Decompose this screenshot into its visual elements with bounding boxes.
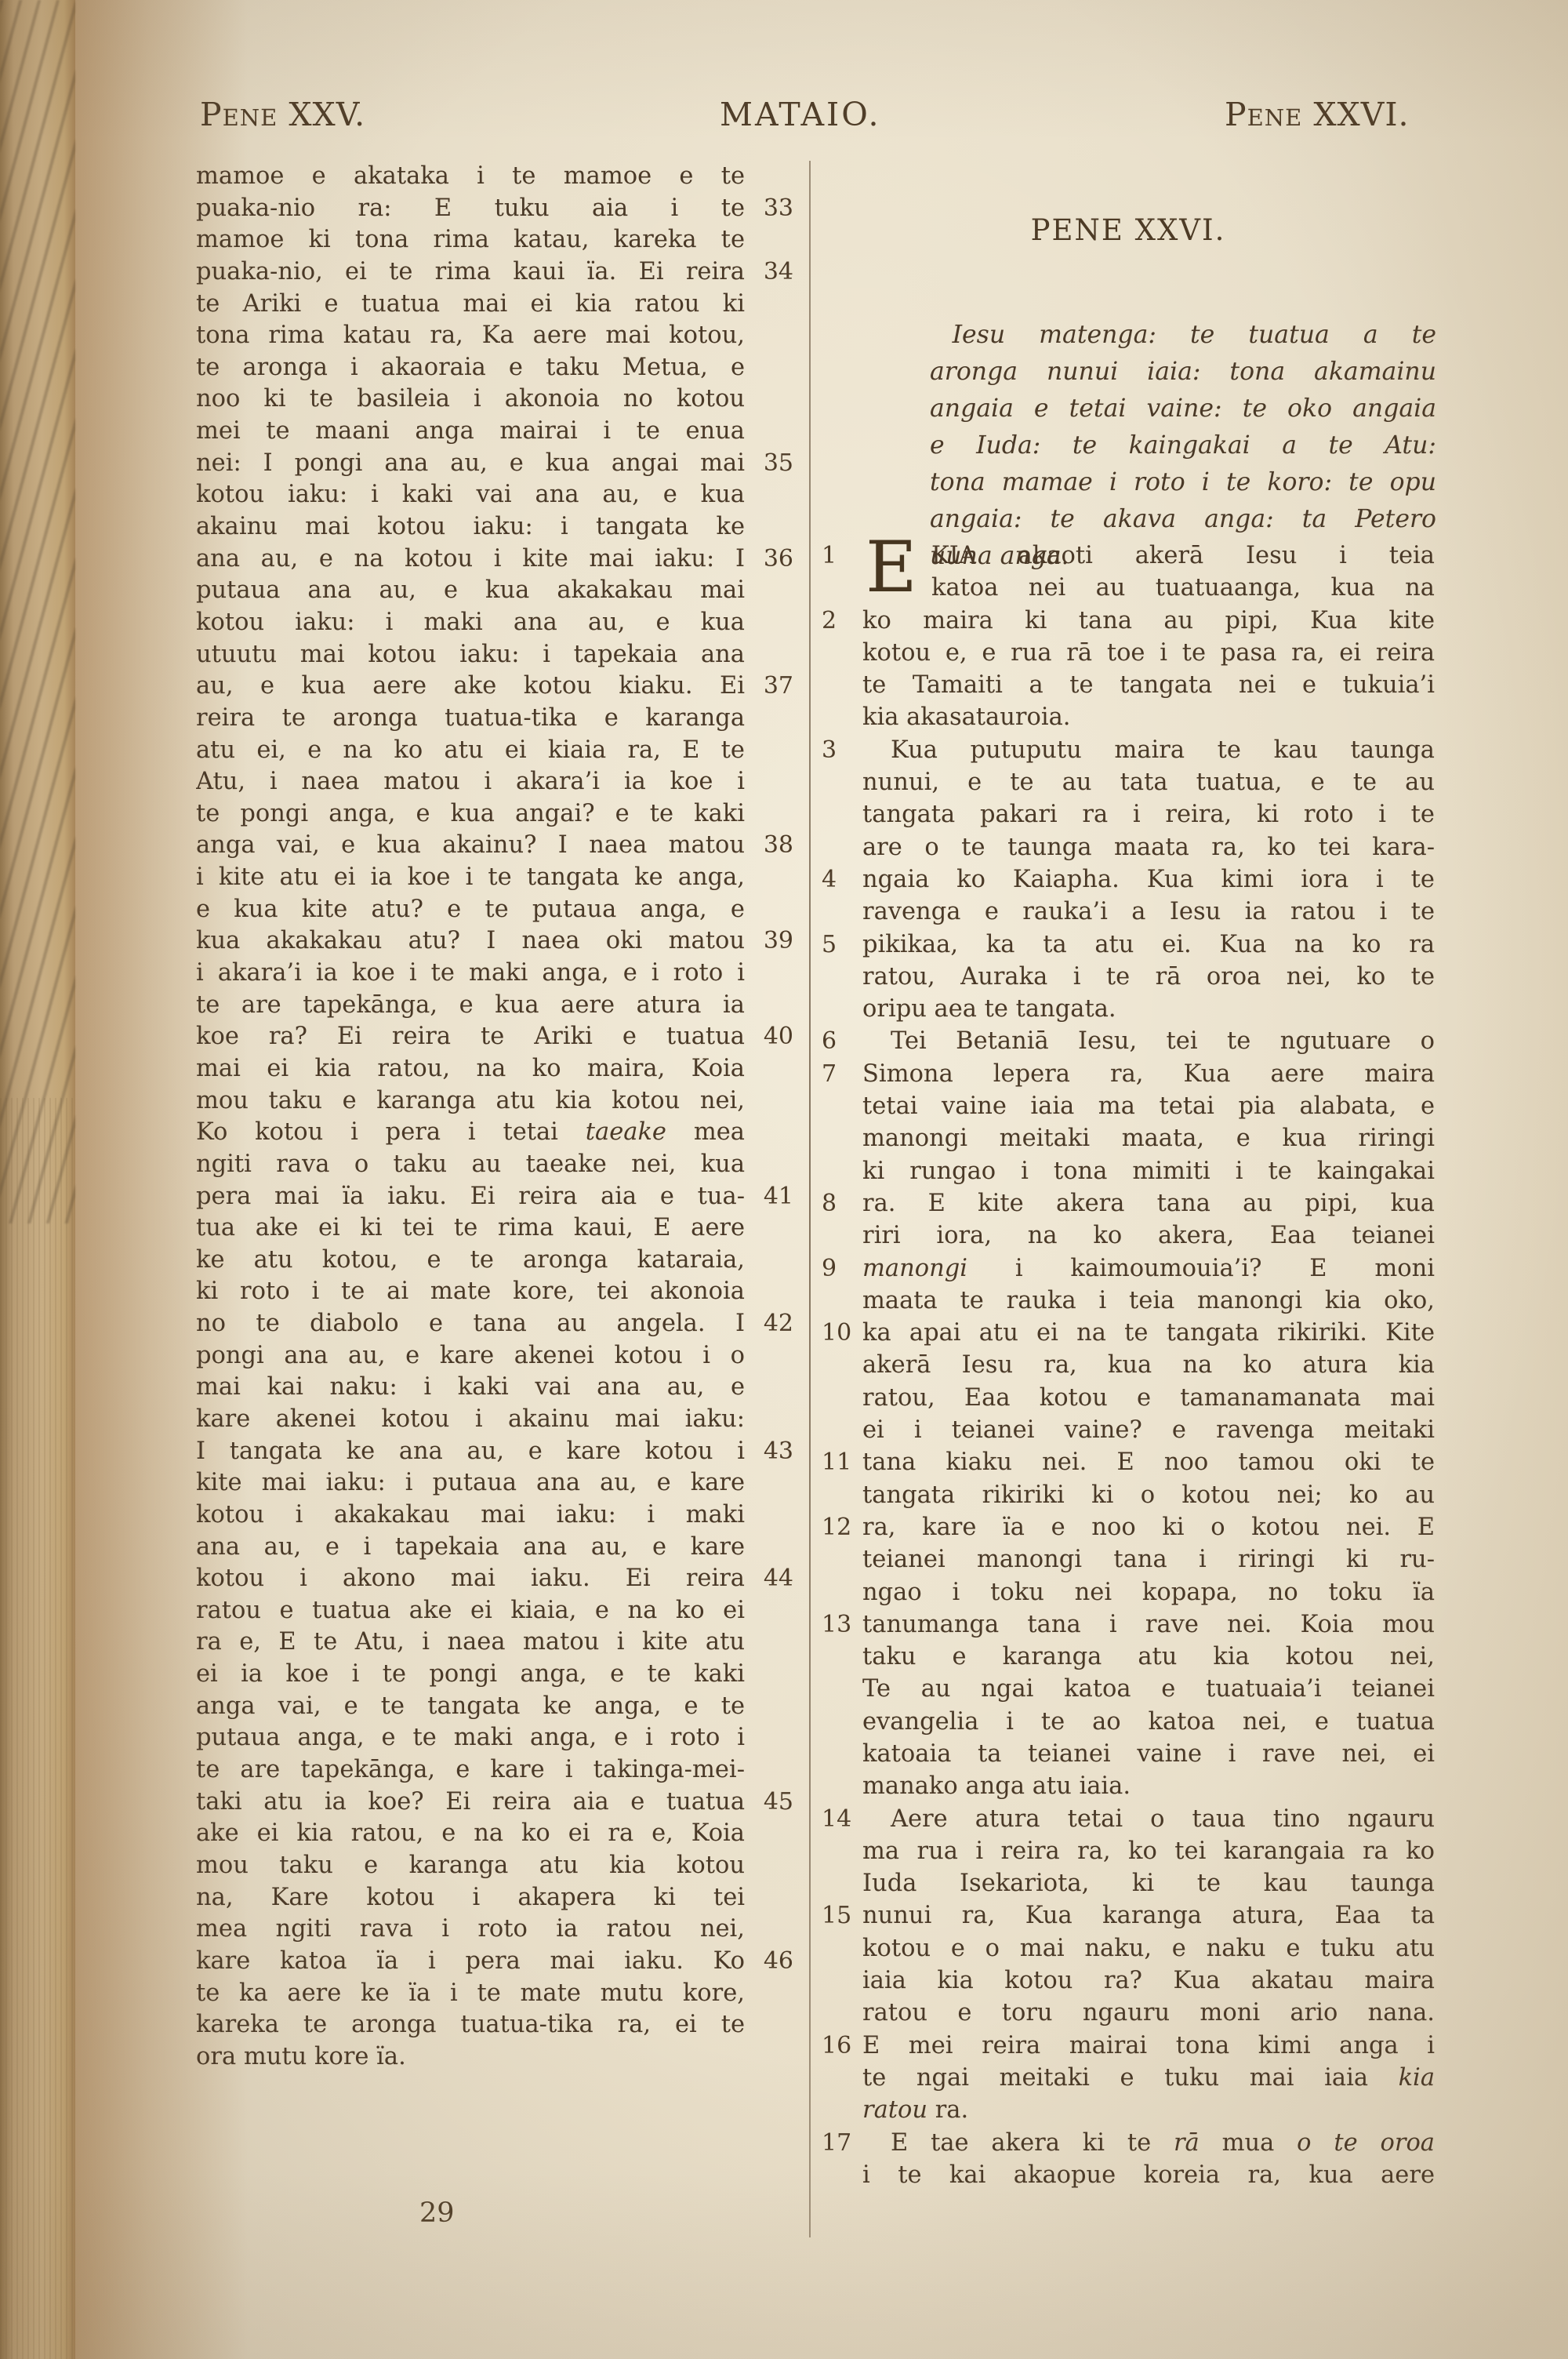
verse-number [745, 1659, 793, 1691]
verse-number: 35 [745, 448, 793, 480]
verse-number [745, 862, 793, 894]
line-text: ra e, E te Atu, i naea matou i kite atu [196, 1627, 745, 1659]
text-line: te Tamaiti a te tangata nei e tukuia’i [822, 669, 1435, 701]
line-text: mea ngiti rava i roto ia ratou nei, [196, 1914, 745, 1946]
text-line: ratou, Auraka i te rā oroa nei, ko te [822, 961, 1435, 993]
line-text: mou taku e karanga atu kia kotou [196, 1850, 745, 1882]
verse-number [822, 669, 862, 701]
text-line: kotou iaku: i kaki vai ana au, e kua [196, 479, 793, 511]
text-line: iaia kia kotou ra? Kua akatau maira [822, 1965, 1435, 1997]
page-edge-texture [0, 1098, 75, 2359]
chapter-heading: PENE XXVI. [822, 213, 1435, 247]
verse-number: 16 [822, 2030, 862, 2062]
text-line: ki rungao i tona mimiti i te kaingakai [822, 1155, 1435, 1187]
line-text: evangelia i te ao katoa nei, e tuatua [862, 1706, 1435, 1738]
text-line: Atu, i naea matou i akara’i ia koe i [196, 766, 793, 798]
line-text: mei te maani anga mairai i te enua [196, 416, 745, 448]
verse-number: 10 [822, 1317, 862, 1349]
verse-number [745, 766, 793, 798]
text-line: kare akenei kotou i akainu mai iaku: [196, 1404, 793, 1436]
line-text: tangata rikiriki ki o kotou nei; ko au [862, 1479, 1435, 1511]
text-line: mai ei kia ratou, na ko maira, Koia [196, 1053, 793, 1085]
verse-number: 33 [745, 193, 793, 225]
text-line: te ka aere ke ïa i te mate mutu kore, [196, 1978, 793, 2010]
line-text: puaka-nio ra: E tuku aia i te [196, 193, 745, 225]
text-line: mai kai naku: i kaki vai ana au, e [196, 1372, 793, 1404]
line-text: ke atu kotou, e te aronga kataraia, [196, 1245, 745, 1277]
line-text: kareka te aronga tuatua-tika ra, ei te [196, 2009, 745, 2041]
line-text: kia akasatauroia. [862, 701, 1435, 733]
line-text: kotou iaku: i kaki vai ana au, e kua [196, 479, 745, 511]
verse-number: 8 [822, 1187, 862, 1219]
right-text-column: E 1KIA akaoti akerā Iesu i teiakatoa nei… [822, 540, 1435, 2191]
line-text: manako anga atu iaia. [862, 1770, 1435, 1802]
line-text: akerā Iesu ra, kua na ko atura kia [862, 1349, 1435, 1381]
line-text: Iuda Isekariota, ki te kau taunga [862, 1867, 1435, 1899]
text-line: 10ka apai atu ei na te tangata rikiriki.… [822, 1317, 1435, 1349]
line-text: kite mai iaku: i putaua ana au, e kare [196, 1467, 745, 1499]
text-line: e kua kite atu? e te putaua anga, e [196, 894, 793, 926]
text-line: i kite atu ei ia koe i te tangata ke ang… [196, 862, 793, 894]
line-text: e kua kite atu? e te putaua anga, e [196, 894, 745, 926]
text-line: pongi ana au, e kare akenei kotou i o [196, 1340, 793, 1372]
line-text: ka apai atu ei na te tangata rikiriki. K… [862, 1317, 1435, 1349]
verse-number: 11 [822, 1446, 862, 1478]
line-text: Simona lepera ra, Kua aere maira [862, 1058, 1435, 1090]
line-text: mai kai naku: i kaki vai ana au, e [196, 1372, 745, 1404]
verse-number [822, 1382, 862, 1414]
line-text: utuutu mai kotou iaku: i tapekaia ana [196, 639, 745, 671]
line-text: riri iora, na ko akera, Eaa teianei [862, 1219, 1435, 1252]
line-text: tangata pakari ra i reira, ki roto i te [862, 798, 1435, 831]
line-text: te Tamaiti a te tangata nei e tukuia’i [862, 669, 1435, 701]
text-line: mou taku e karanga atu kia kotou nei, [196, 1085, 793, 1118]
summary-line: To Iesu matenga: te tuatua a te [930, 317, 1436, 354]
line-text: ake ei kia ratou, e na ko ei ra e, Koia [196, 1818, 745, 1850]
line-text: Kua putuputu maira te kau taunga [862, 734, 1435, 766]
verse-number [822, 896, 862, 928]
line-text: te are tapekānga, e kua aere atura ia [196, 990, 745, 1022]
line-text: anga vai, e kua akainu? I naea matou [196, 830, 745, 862]
verse-number [822, 831, 862, 863]
verse-number [822, 1770, 862, 1802]
verse-number [745, 1404, 793, 1436]
line-text: ngao i toku nei kopapa, no toku ïa [862, 1576, 1435, 1608]
text-line: 15nunui ra, Kua karanga atura, Eaa ta [822, 1899, 1435, 1932]
line-text: taki atu ia koe? Ei reira aia e tuatua [196, 1787, 745, 1819]
text-line: pera mai ïa iaku. Ei reira aia e tua-41 [196, 1181, 793, 1213]
verse-number [745, 735, 793, 767]
verse-number [822, 1090, 862, 1122]
verse-number: 34 [745, 256, 793, 289]
verse-number [822, 637, 862, 669]
text-line: riri iora, na ko akera, Eaa teianei [822, 1219, 1435, 1252]
text-line: ki roto i te ai mate kore, tei akonoia [196, 1276, 793, 1308]
verse-number: 41 [745, 1181, 793, 1213]
text-line: kotou iaku: i maki ana au, e kua [196, 607, 793, 639]
text-line: 17E tae akera ki te rā mua o te oroa [822, 2127, 1435, 2159]
line-text: pera mai ïa iaku. Ei reira aia e tua- [196, 1181, 745, 1213]
line-text: taku e karanga atu kia kotou nei, [862, 1641, 1435, 1673]
text-line: taku e karanga atu kia kotou nei, [822, 1641, 1435, 1673]
verse-number: 38 [745, 830, 793, 862]
verse-number: 46 [745, 1946, 793, 1978]
text-line: 12ra, kare ïa e noo ki o kotou nei. E [822, 1511, 1435, 1543]
verse-number [822, 1155, 862, 1187]
verse-number [745, 1276, 793, 1308]
line-text: putaua ana au, e kua akakakau mai [196, 575, 745, 607]
verse-number [745, 320, 793, 352]
line-text: na, Kare kotou i akapera ki tei [196, 1882, 745, 1914]
text-line: kotou i akono mai iaku. Ei reira44 [196, 1563, 793, 1595]
text-line: ei ia koe i te pongi anga, e te kaki [196, 1659, 793, 1691]
text-line: utuutu mai kotou iaku: i tapekaia ana [196, 639, 793, 671]
verse-number [745, 224, 793, 256]
text-line: ratou e tuatua ake ei kiaia, e na ko ei [196, 1595, 793, 1627]
verse-number [745, 161, 793, 193]
line-text: ei i teianei vaine? e ravenga meitaki [862, 1414, 1435, 1446]
text-line: kia akasatauroia. [822, 701, 1435, 733]
text-line: ora mutu kore ïa. [196, 2041, 793, 2074]
line-text: te are tapekānga, e kare i takinga-mei- [196, 1754, 745, 1787]
verse-number [745, 1627, 793, 1659]
line-text: ratou, Auraka i te rā oroa nei, ko te [862, 961, 1435, 993]
verse-number [822, 1122, 862, 1154]
text-line: te aronga i akaoraia e taku Metua, e [196, 352, 793, 384]
line-text: koe ra? Ei reira te Ariki e tuatua [196, 1021, 745, 1053]
verse-number [822, 1867, 862, 1899]
line-text: kotou e o mai naku, e naku e tuku atu [862, 1932, 1435, 1965]
text-line: Iuda Isekariota, ki te kau taunga [822, 1867, 1435, 1899]
verse-number: 45 [745, 1787, 793, 1819]
line-text: maata te rauka i teia manongi kia oko, [862, 1285, 1435, 1317]
verse-number [745, 958, 793, 990]
line-text: ki roto i te ai mate kore, tei akonoia [196, 1276, 745, 1308]
verse-number [745, 1882, 793, 1914]
verse-number [822, 1997, 862, 2029]
text-line: putaua ana au, e kua akakakau mai [196, 575, 793, 607]
line-text: i akara’i ia koe i te maki anga, e i rot… [196, 958, 745, 990]
line-text: kua akakakau atu? I naea oki matou [196, 925, 745, 958]
text-line: au, e kua aere ake kotou kiaku. Ei37 [196, 671, 793, 703]
line-text: ana au, e i tapekaia ana au, e kare [196, 1532, 745, 1564]
text-line: i te kai akaopue koreia ra, kua aere [822, 2159, 1435, 2191]
text-line: oripu aea te tangata. [822, 993, 1435, 1025]
text-line: tona rima katau ra, Ka aere mai kotou, [196, 320, 793, 352]
text-line: mamoe e akataka i te mamoe e te [196, 161, 793, 193]
line-text: are o te taunga maata ra, ko tei kara- [862, 831, 1435, 863]
running-header-title: MATAIO. [720, 96, 881, 133]
verse-number: 2 [822, 605, 862, 637]
line-text: kotou i akakakau mai iaku: i maki [196, 1499, 745, 1532]
verse-number [745, 1085, 793, 1118]
line-text: ra. E kite akera tana au pipi, kua [862, 1187, 1435, 1219]
chapter-summary: To Iesu matenga: te tuatua a tearonga nu… [930, 317, 1436, 575]
text-line: te are tapekānga, e kare i takinga-mei- [196, 1754, 793, 1787]
line-text: ngiti rava o taku au taeake nei, kua [196, 1149, 745, 1181]
text-line: 9manongi i kaimoumouia’i? E moni [822, 1252, 1435, 1285]
verse-number [822, 701, 862, 733]
text-line: noo ki te basileia i akonoia no kotou [196, 383, 793, 416]
text-line: ravenga e rauka’i a Iesu ia ratou i te [822, 896, 1435, 928]
line-text: kotou i akono mai iaku. Ei reira [196, 1563, 745, 1595]
text-line: 11tana kiaku nei. E noo tamou oki te [822, 1446, 1435, 1478]
verse-number [745, 1117, 793, 1149]
text-line: tangata rikiriki ki o kotou nei; ko au [822, 1479, 1435, 1511]
text-line: te pongi anga, e kua angai? e te kaki [196, 798, 793, 831]
verse-number: 3 [822, 734, 862, 766]
line-text: tua ake ei ki tei te rima kaui, E aere [196, 1212, 745, 1245]
line-text: i kite atu ei ia koe i te tangata ke ang… [196, 862, 745, 894]
verse-number [745, 1053, 793, 1085]
verse-number [745, 1212, 793, 1245]
line-text: teianei manongi tana i riringi ki ru- [862, 1543, 1435, 1576]
line-text: ravenga e rauka’i a Iesu ia ratou i te [862, 896, 1435, 928]
verse-number: 4 [822, 863, 862, 896]
verse-number [745, 703, 793, 735]
verse-number [745, 607, 793, 639]
running-header-right: Pene XXVI. [1225, 96, 1410, 133]
line-text: ei ia koe i te pongi anga, e te kaki [196, 1659, 745, 1691]
line-text: ana au, e na kotou i kite mai iaku: I [196, 543, 745, 576]
verse-number [822, 2159, 862, 2191]
line-text: tana kiaku nei. E noo tamou oki te [862, 1446, 1435, 1478]
text-line: 2ko maira ki tana au pipi, Kua kite [822, 605, 1435, 637]
verse-number [822, 1543, 862, 1576]
text-line: kareka te aronga tuatua-tika ra, ei te [196, 2009, 793, 2041]
verse-number [745, 894, 793, 926]
text-line: evangelia i te ao katoa nei, e tuatua [822, 1706, 1435, 1738]
text-line: kua akakakau atu? I naea oki matou39 [196, 925, 793, 958]
text-line: 16E mei reira mairai tona kimi anga i [822, 2030, 1435, 2062]
line-text: au, e kua aere ake kotou kiaku. Ei [196, 671, 745, 703]
verse-number [822, 1414, 862, 1446]
text-line: kotou e o mai naku, e naku e tuku atu [822, 1932, 1435, 1965]
verse-number [745, 1595, 793, 1627]
book-page-scan: Pene XXV. MATAIO. Pene XXVI. mamoe e aka… [0, 0, 1568, 2359]
line-text: putaua anga, e te maki anga, e i roto i [196, 1722, 745, 1754]
line-text: i te kai akaopue koreia ra, kua aere [862, 2159, 1435, 2191]
line-text: manongi i kaimoumouia’i? E moni [862, 1252, 1435, 1285]
verse-number [745, 511, 793, 543]
verse-number [822, 993, 862, 1025]
line-text: nunui, e te au tata tuatua, e te au [862, 766, 1435, 798]
verse-number [745, 1532, 793, 1564]
text-line: putaua anga, e te maki anga, e i roto i [196, 1722, 793, 1754]
page-number: 29 [419, 2197, 455, 2229]
line-text: te aronga i akaoraia e taku Metua, e [196, 352, 745, 384]
text-line: na, Kare kotou i akapera ki tei [196, 1882, 793, 1914]
line-text: reira te aronga tuatua-tika e karanga [196, 703, 745, 735]
line-text: Te au ngai katoa e tuatuaia’i teianei [862, 1673, 1435, 1705]
text-line: ratou e toru ngauru moni ario nana. [822, 1997, 1435, 2029]
running-header-left: Pene XXV. [200, 96, 365, 133]
line-text: ko maira ki tana au pipi, Kua kite [862, 605, 1435, 637]
text-line: ratou, Eaa kotou e tamanamanata mai [822, 1382, 1435, 1414]
verse-number: 37 [745, 671, 793, 703]
verse-number: 15 [822, 1899, 862, 1932]
text-line: puaka-nio ra: E tuku aia i te33 [196, 193, 793, 225]
text-line: katoaia ta teianei vaine i rave nei, ei [822, 1738, 1435, 1770]
verse-number [745, 1818, 793, 1850]
line-text: atu ei, e na ko atu ei kiaia ra, E te [196, 735, 745, 767]
verse-number [745, 1914, 793, 1946]
verse-number [745, 639, 793, 671]
text-line: 4ngaia ko Kaiapha. Kua kimi iora i te [822, 863, 1435, 896]
verse-number [745, 479, 793, 511]
verse-number: 13 [822, 1608, 862, 1641]
line-text: kare katoa ïa i pera mai iaku. Ko [196, 1946, 745, 1978]
text-line: Te au ngai katoa e tuatuaia’i teianei [822, 1673, 1435, 1705]
verse-number: 36 [745, 543, 793, 576]
verse-number [745, 1499, 793, 1532]
verse-number: 5 [822, 929, 862, 961]
line-text: manongi meitaki maata, e kua riringi [862, 1122, 1435, 1154]
line-text: iaia kia kotou ra? Kua akatau maira [862, 1965, 1435, 1997]
text-line: te Ariki e tuatua mai ei kia ratou ki [196, 289, 793, 321]
line-text: nei: I pongi ana au, e kua angai mai [196, 448, 745, 480]
text-line: 6Tei Betaniā Iesu, tei te ngutuare o [822, 1025, 1435, 1057]
text-line: 14Aere atura tetai o taua tino ngauru [822, 1803, 1435, 1835]
verse-number [745, 2041, 793, 2074]
text-line: te ngai meitaki e tuku mai iaia kia [822, 2062, 1435, 2094]
verse-number [745, 1978, 793, 2010]
line-text: ratou ra. [862, 2094, 1435, 2126]
verse-number: 39 [745, 925, 793, 958]
text-line: Ko kotou i pera i tetai taeake mea [196, 1117, 793, 1149]
verse-number [822, 1706, 862, 1738]
text-line: koe ra? Ei reira te Ariki e tuatua40 [196, 1021, 793, 1053]
line-text: ratou, Eaa kotou e tamanamanata mai [862, 1382, 1435, 1414]
verse-number: 1 [822, 540, 862, 572]
text-line: 5pikikaa, ka ta atu ei. Kua na ko ra [822, 929, 1435, 961]
verse-number [822, 1285, 862, 1317]
verse-number: 42 [745, 1308, 793, 1340]
verse-number [745, 990, 793, 1022]
verse-number [745, 383, 793, 416]
line-text: nunui ra, Kua karanga atura, Eaa ta [862, 1899, 1435, 1932]
line-text: mamoe ki tona rima katau, kareka te [196, 224, 745, 256]
text-line: teianei manongi tana i riringi ki ru- [822, 1543, 1435, 1576]
verse-number [822, 1835, 862, 1867]
text-line: reira te aronga tuatua-tika e karanga [196, 703, 793, 735]
summary-line: e Iuda: te kaingakai a te Atu: [930, 427, 1436, 464]
verse-number: 43 [745, 1436, 793, 1468]
text-line: atu ei, e na ko atu ei kiaia ra, E te [196, 735, 793, 767]
verse-number [745, 798, 793, 831]
verse-number [745, 1722, 793, 1754]
text-line: ngao i toku nei kopapa, no toku ïa [822, 1576, 1435, 1608]
verse-number [822, 1576, 862, 1608]
text-line: ratou ra. [822, 2094, 1435, 2126]
line-text: KIA akaoti akerā Iesu i teia [862, 540, 1435, 572]
verse-number [745, 1372, 793, 1404]
text-line: ma rua i reira ra, ko tei karangaia ra k… [822, 1835, 1435, 1867]
verse-number [745, 1754, 793, 1787]
line-text: oripu aea te tangata. [862, 993, 1435, 1025]
text-line: kotou e, e rua rā toe i te pasa ra, ei r… [822, 637, 1435, 669]
text-line: i akara’i ia koe i te maki anga, e i rot… [196, 958, 793, 990]
text-line: nunui, e te au tata tuatua, e te au [822, 766, 1435, 798]
text-line: ra e, E te Atu, i naea matou i kite atu [196, 1627, 793, 1659]
line-text: mamoe e akataka i te mamoe e te [196, 161, 745, 193]
line-text: ma rua i reira ra, ko tei karangaia ra k… [862, 1835, 1435, 1867]
text-line: ngiti rava o taku au taeake nei, kua [196, 1149, 793, 1181]
line-text: te ka aere ke ïa i te mate mutu kore, [196, 1978, 745, 2010]
verse-number [822, 1738, 862, 1770]
text-line: I tangata ke ana au, e kare kotou i43 [196, 1436, 793, 1468]
line-text: Ko kotou i pera i tetai taeake mea [196, 1117, 745, 1149]
verse-number [745, 1245, 793, 1277]
verse-number [745, 1691, 793, 1723]
line-text: noo ki te basileia i akonoia no kotou [196, 383, 745, 416]
verse-number [745, 1850, 793, 1882]
text-line: manongi meitaki maata, e kua riringi [822, 1122, 1435, 1154]
verse-number [822, 572, 862, 604]
summary-line: tona mamae i roto i te koro: te opu [930, 464, 1436, 501]
text-line: te are tapekānga, e kua aere atura ia [196, 990, 793, 1022]
text-line: kite mai iaku: i putaua ana au, e kare [196, 1467, 793, 1499]
verse-number [745, 352, 793, 384]
text-line: manako anga atu iaia. [822, 1770, 1435, 1802]
verse-number: 17 [822, 2127, 862, 2159]
line-text: E tae akera ki te rā mua o te oroa [862, 2127, 1435, 2159]
line-text: Aere atura tetai o taua tino ngauru [862, 1803, 1435, 1835]
column-divider-rule [809, 161, 811, 2237]
line-text: ora mutu kore ïa. [196, 2041, 745, 2074]
verse-number [822, 1932, 862, 1965]
text-line: puaka-nio, ei te rima kaui ïa. Ei reira3… [196, 256, 793, 289]
text-line: are o te taunga maata ra, ko tei kara- [822, 831, 1435, 863]
line-text: kare akenei kotou i akainu mai iaku: [196, 1404, 745, 1436]
text-line: 7Simona lepera ra, Kua aere maira [822, 1058, 1435, 1090]
text-line: nei: I pongi ana au, e kua angai mai35 [196, 448, 793, 480]
verse-number [822, 961, 862, 993]
verse-number [822, 2062, 862, 2094]
verse-number [822, 1219, 862, 1252]
text-line: mei te maani anga mairai i te enua [196, 416, 793, 448]
text-line: taki atu ia koe? Ei reira aia e tuatua45 [196, 1787, 793, 1819]
line-text: I tangata ke ana au, e kare kotou i [196, 1436, 745, 1468]
line-text: te ngai meitaki e tuku mai iaia kia [862, 2062, 1435, 2094]
verse-number: 44 [745, 1563, 793, 1595]
verse-number [745, 2009, 793, 2041]
verse-number [822, 798, 862, 831]
line-text: ngaia ko Kaiapha. Kua kimi iora i te [862, 863, 1435, 896]
verse-number: 12 [822, 1511, 862, 1543]
verse-number [822, 1479, 862, 1511]
verse-number [745, 1467, 793, 1499]
line-text: ratou e toru ngauru moni ario nana. [862, 1997, 1435, 2029]
summary-line: aronga nunui iaia: tona akamainu [930, 354, 1436, 391]
line-text: katoaia ta teianei vaine i rave nei, ei [862, 1738, 1435, 1770]
verse-number [822, 1965, 862, 1997]
verse-number: 40 [745, 1021, 793, 1053]
text-line: ei i teianei vaine? e ravenga meitaki [822, 1414, 1435, 1446]
verse-number: 9 [822, 1252, 862, 1285]
text-line: ke atu kotou, e te aronga kataraia, [196, 1245, 793, 1277]
verse-number [745, 416, 793, 448]
text-line: no te diabolo e tana au angela. I42 [196, 1308, 793, 1340]
text-line: tangata pakari ra i reira, ki roto i te [822, 798, 1435, 831]
verse-number [822, 2094, 862, 2126]
verse-number [745, 1340, 793, 1372]
verse-number: 7 [822, 1058, 862, 1090]
text-line: ake ei kia ratou, e na ko ei ra e, Koia [196, 1818, 793, 1850]
text-line: mamoe ki tona rima katau, kareka te [196, 224, 793, 256]
text-line: 8ra. E kite akera tana au pipi, kua [822, 1187, 1435, 1219]
text-line: tua ake ei ki tei te rima kaui, E aere [196, 1212, 793, 1245]
